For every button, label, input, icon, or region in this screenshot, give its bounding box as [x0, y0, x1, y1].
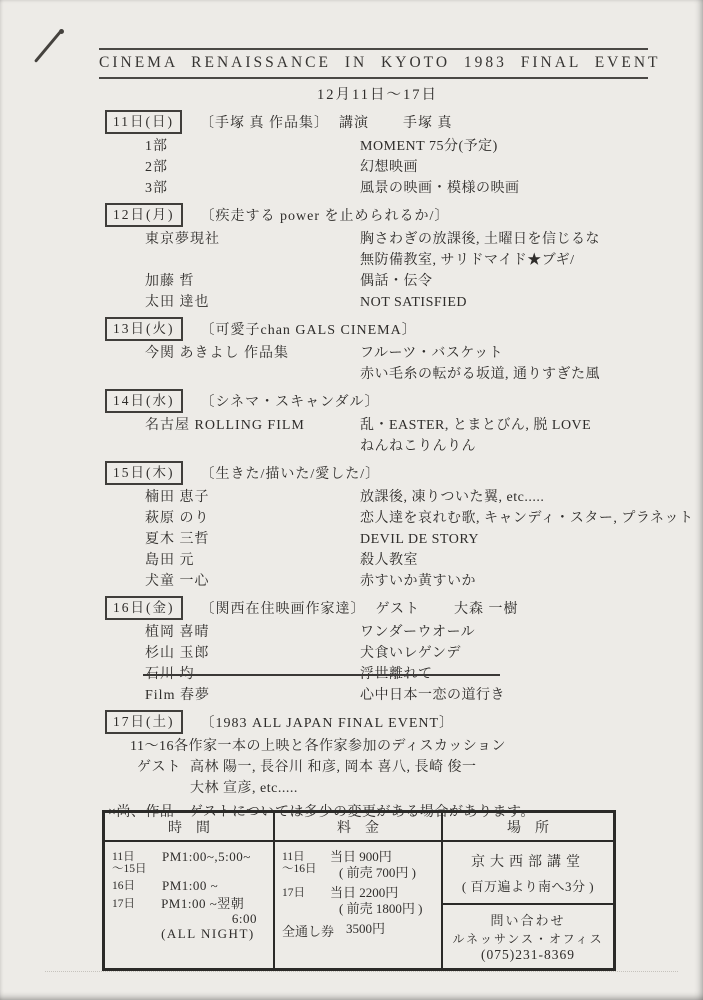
day-box: 13日(火) [105, 317, 183, 341]
program-row: 犬童 一心 赤すいか黄すいか [105, 571, 678, 592]
place-column: 京大西部講堂 ( 百万遍より南へ3分 ) 問い合わせ ルネッサンス・オフィス (… [443, 842, 613, 968]
day-header-15: 15日(木) 〔生きた/描いた/愛した/〕 [105, 461, 678, 485]
program-name: 太田 達也 [145, 292, 360, 313]
day-extra: ゲスト [376, 598, 420, 618]
program-title: 犬食いレゲンデ [360, 643, 678, 664]
program-name: 夏木 三哲 [145, 529, 360, 550]
scanned-flyer-page: CINEMA RENAISSANCE IN KYOTO 1983 FINAL E… [0, 0, 703, 1000]
program-row: 東京夢現社 胸さわぎの放課後, 土曜日を信じるな [105, 229, 678, 250]
day-extra2: 大森 一樹 [454, 598, 519, 618]
fee-value: 当日 2200円 ( 前売 1800円 ) [330, 885, 422, 917]
program-row: 加藤 哲 偶話・伝令 [105, 271, 678, 292]
day-header-11: 11日(日) 〔手塚 真 作品集〕 講演 手塚 真 [105, 110, 678, 134]
program-title: 放課後, 凍りついた翼, etc..... [360, 487, 678, 508]
all-pass-label: 全通し券 [282, 921, 334, 940]
program-name: 杉山 玉郎 [145, 643, 360, 664]
program-title: ワンダーウオール [360, 622, 678, 643]
venue-directions: ( 百万遍より南へ3分 ) [445, 876, 611, 895]
fee-table-header-time: 時 間 [105, 813, 275, 842]
guest-names-line1: 高林 陽一, 長谷川 和彦, 岡本 喜八, 長崎 俊一 [190, 757, 477, 778]
day-box: 12日(月) [105, 203, 183, 227]
fee-day: 17日 [282, 885, 330, 917]
contact-cell: 問い合わせ ルネッサンス・オフィス (075)231-8369 [443, 903, 613, 968]
final-event-description: 11〜16各作家一本の上映と各作家参加のディスカッション [105, 736, 678, 757]
day-extra2: 手塚 真 [403, 112, 453, 132]
program-name: 楠田 恵子 [145, 487, 360, 508]
program-title: DEVIL DE STORY [360, 529, 678, 550]
time-value: PM1:00 ~翌朝 6:00 (ALL NIGHT) [161, 896, 271, 941]
program-title: 心中日本一恋の道行き [360, 685, 678, 706]
scan-artifact-line [45, 971, 678, 972]
program-row: 赤い毛糸の転がる坂道, 通りすぎた風 [105, 364, 678, 385]
program-row: 楠田 恵子 放課後, 凍りついた翼, etc..... [105, 487, 678, 508]
program-title: NOT SATISFIED [360, 292, 678, 313]
program-title: MOMENT 75分(予定) [360, 136, 678, 157]
day-box: 16日(金) [105, 596, 183, 620]
program-title: 幻想映画 [360, 157, 678, 178]
time-row: 17日 PM1:00 ~翌朝 6:00 (ALL NIGHT) [112, 896, 271, 941]
program-row: 名古屋 ROLLING FILM 乱・EASTER, とまとびん, 脱 LOVE [105, 415, 678, 436]
day-box: 17日(土) [105, 710, 183, 734]
program-row: 夏木 三哲 DEVIL DE STORY [105, 529, 678, 550]
guest-label: ゲスト [137, 757, 190, 799]
program-row: 太田 達也 NOT SATISFIED [105, 292, 678, 313]
program-row: 杉山 玉郎 犬食いレゲンデ [105, 643, 678, 664]
program-row: 島田 元 殺人教室 [105, 550, 678, 571]
time-row: 16日 PM1:00 ~ [112, 878, 271, 893]
program-row-struck: 石川 均 浮世離れて [105, 664, 678, 685]
guest-names: 高林 陽一, 長谷川 和彦, 岡本 喜八, 長崎 俊一 大林 宣彦, etc..… [190, 757, 477, 799]
fee-row: 全通し券 3500円 [282, 921, 439, 940]
pen-mark [34, 30, 62, 63]
program-row: 2部 幻想映画 [105, 157, 678, 178]
day-heading: 〔疾走する power を止められるか/〕 [201, 205, 450, 225]
program-name: 犬童 一心 [145, 571, 360, 592]
program-title: 殺人教室 [360, 550, 678, 571]
program-row: Film 春夢 心中日本一恋の道行き [105, 685, 678, 706]
program-name [145, 250, 360, 271]
venue-name: 京大西部講堂 [445, 851, 611, 871]
program-name: 加藤 哲 [145, 271, 360, 292]
day-heading: 〔可愛子chan GALS CINEMA〕 [201, 319, 417, 339]
program-title: フルーツ・バスケット [360, 343, 678, 364]
program-name [145, 436, 360, 457]
program-row: 1部 MOMENT 75分(予定) [105, 136, 678, 157]
program-name: Film 春夢 [145, 685, 360, 706]
time-day: 16日 [112, 878, 162, 893]
date-range: 12月11日〜17日 [105, 83, 650, 104]
program-row: 植岡 喜晴 ワンダーウオール [105, 622, 678, 643]
program-row: 3部 風景の映画・模様の映画 [105, 178, 678, 199]
program-name: 東京夢現社 [145, 229, 360, 250]
time-day: 17日 [112, 896, 161, 941]
program-title: 無防備教室, サリドマイド★ブギ/ [360, 250, 678, 271]
contact-phone: (075)231-8369 [445, 947, 611, 963]
fee-table-header-place: 場 所 [443, 813, 613, 842]
day-header-13: 13日(火) 〔可愛子chan GALS CINEMA〕 [105, 317, 678, 341]
day-heading: 〔関西在住映画作家達〕 [201, 598, 366, 618]
fee-table-header-fee: 料 金 [275, 813, 443, 842]
program-name: 1部 [145, 136, 360, 157]
time-column: 11日 〜15日 PM1:00~,5:00~ 16日 PM1:00 ~ 17日 … [105, 842, 275, 968]
program-name: 3部 [145, 178, 360, 199]
day-header-16: 16日(金) 〔関西在住映画作家達〕 ゲスト 大森 一樹 [105, 596, 678, 620]
program-title: 赤すいか黄すいか [360, 571, 678, 592]
time-value: PM1:00~,5:00~ [162, 849, 251, 875]
fee-value: 当日 900円 ( 前売 700円 ) [330, 849, 416, 881]
program-name: 今関 あきよし 作品集 [145, 343, 360, 364]
title-banner: CINEMA RENAISSANCE IN KYOTO 1983 FINAL E… [99, 48, 648, 79]
program-row: 萩原 のり 恋人達を哀れむ歌, キャンディ・スター, プラネット [105, 508, 678, 529]
program-name: 萩原 のり [145, 508, 360, 529]
program-title: 恋人達を哀れむ歌, キャンディ・スター, プラネット [360, 508, 693, 529]
time-value: PM1:00 ~ [162, 878, 218, 893]
fee-row: 17日 当日 2200円 ( 前売 1800円 ) [282, 885, 439, 917]
fee-column: 11日 〜16日 当日 900円 ( 前売 700円 ) 17日 当日 2200… [275, 842, 443, 968]
day-heading: 〔1983 ALL JAPAN FINAL EVENT〕 [201, 712, 455, 732]
final-event-guests: ゲスト 高林 陽一, 長谷川 和彦, 岡本 喜八, 長崎 俊一 大林 宣彦, e… [105, 757, 678, 799]
day-header-12: 12日(月) 〔疾走する power を止められるか/〕 [105, 203, 678, 227]
day-heading: 〔生きた/描いた/愛した/〕 [201, 463, 381, 483]
program-title: 偶話・伝令 [360, 271, 678, 292]
day-box: 15日(木) [105, 461, 183, 485]
fee-row: 11日 〜16日 当日 900円 ( 前売 700円 ) [282, 849, 439, 881]
program-title: 胸さわぎの放課後, 土曜日を信じるな [360, 229, 678, 250]
day-extra: 講演 [339, 112, 369, 132]
day-box: 14日(水) [105, 389, 183, 413]
program-title: 風景の映画・模様の映画 [360, 178, 678, 199]
pen-mark-dot [59, 29, 64, 34]
program-title: ねんねこりんりん [360, 436, 678, 457]
program-name: 島田 元 [145, 550, 360, 571]
day-box: 11日(日) [105, 110, 182, 134]
program-title: 乱・EASTER, とまとびん, 脱 LOVE [360, 415, 678, 436]
program-name: 2部 [145, 157, 360, 178]
contact-title: 問い合わせ [445, 910, 611, 929]
time-row: 11日 〜15日 PM1:00~,5:00~ [112, 849, 271, 875]
day-header-14: 14日(水) 〔シネマ・スキャンダル〕 [105, 389, 678, 413]
program-row: ねんねこりんりん [105, 436, 678, 457]
program-name [145, 364, 360, 385]
program-schedule: 11日(日) 〔手塚 真 作品集〕 講演 手塚 真 1部 MOMENT 75分(… [105, 106, 678, 823]
program-name: 植岡 喜晴 [145, 622, 360, 643]
day-heading: 〔手塚 真 作品集〕 [200, 112, 329, 132]
page-title: CINEMA RENAISSANCE IN KYOTO 1983 FINAL E… [99, 54, 648, 72]
program-row: 無防備教室, サリドマイド★ブギ/ [105, 250, 678, 271]
program-row: 今関 あきよし 作品集 フルーツ・バスケット [105, 343, 678, 364]
fee-table: 時 間 料 金 場 所 11日 〜15日 PM1:00~,5:00~ 16日 P… [102, 810, 616, 971]
day-heading: 〔シネマ・スキャンダル〕 [201, 391, 380, 411]
venue-cell: 京大西部講堂 ( 百万遍より南へ3分 ) [443, 842, 613, 903]
all-pass-price: 3500円 [346, 921, 385, 940]
program-name: 名古屋 ROLLING FILM [145, 415, 360, 436]
day-header-17: 17日(土) 〔1983 ALL JAPAN FINAL EVENT〕 [105, 710, 678, 734]
fee-day: 11日 〜16日 [282, 849, 330, 881]
program-title: 赤い毛糸の転がる坂道, 通りすぎた風 [360, 364, 678, 385]
guest-names-line2: 大林 宣彦, etc..... [190, 778, 477, 799]
strikethrough-line [143, 674, 500, 676]
time-day: 11日 〜15日 [112, 849, 162, 875]
contact-name: ルネッサンス・オフィス [445, 930, 611, 947]
